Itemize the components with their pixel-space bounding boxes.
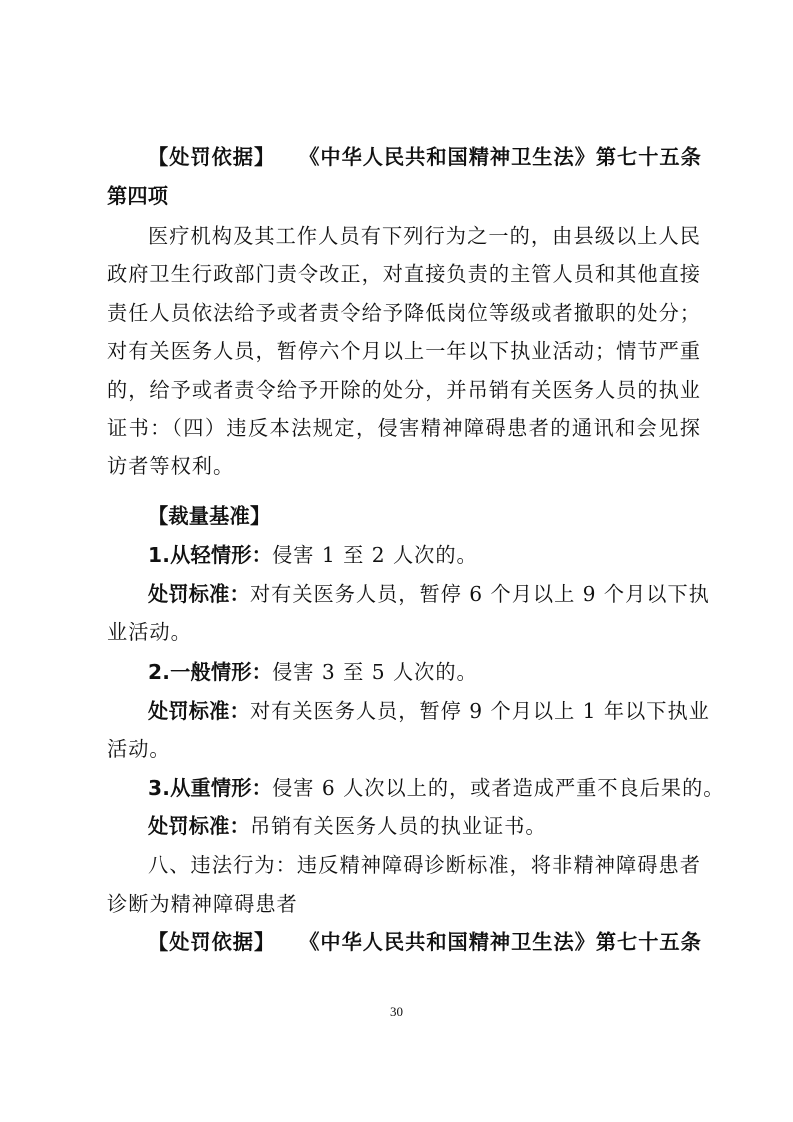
basis-label: 【处罚依据】 [148, 930, 275, 954]
penalty-basis-heading: 【处罚依据】 《中华人民共和国精神卫生法》第七十五条 [148, 145, 701, 169]
body-line: 对有关医务人员，暂停六个月以上一年以下执业活动；情节严重 [107, 339, 701, 363]
basis-continuation: 第四项 [107, 184, 701, 208]
level-text: 侵害 6 人次以上的，或者造成严重不良后果的。 [272, 776, 724, 800]
violation-heading: 八、违法行为：违反精神障碍诊断标准，将非精神障碍患者 [148, 853, 701, 877]
body-line: 证书：（四）违反本法规定，侵害精神障碍患者的通讯和会见探 [107, 416, 701, 440]
penalty-label: 处罚标准： [148, 582, 250, 606]
penalty-standard-light: 处罚标准：对有关医务人员，暂停 6 个月以上 9 个月以下执 [148, 582, 701, 606]
level-light: 1.从轻情形：侵害 1 至 2 人次的。 [148, 543, 701, 567]
body-line: 医疗机构及其工作人员有下列行为之一的，由县级以上人民 [148, 224, 701, 248]
level-label: 1.从轻情形： [148, 543, 272, 567]
level-label: 3.从重情形： [148, 776, 272, 800]
penalty-label: 处罚标准： [148, 814, 250, 838]
level-text: 侵害 3 至 5 人次的。 [272, 660, 478, 684]
penalty-basis-heading-2: 【处罚依据】 《中华人民共和国精神卫生法》第七十五条 [148, 930, 701, 954]
body-line: 的，给予或者责令给予开除的处分，并吊销有关医务人员的执业 [107, 378, 701, 402]
violation-continuation: 诊断为精神障碍患者 [107, 892, 701, 916]
penalty-continuation: 业活动。 [107, 620, 701, 644]
penalty-text: 对有关医务人员，暂停 6 个月以上 9 个月以下执 [250, 582, 710, 606]
penalty-label: 处罚标准： [148, 699, 250, 723]
discretion-heading: 【裁量基准】 [148, 504, 701, 528]
body-line: 政府卫生行政部门责令改正，对直接负责的主管人员和其他直接 [107, 262, 701, 286]
basis-law-reference: 《中华人民共和国精神卫生法》第七十五条 [299, 930, 701, 954]
body-line: 访者等权利。 [107, 454, 701, 478]
document-page: 【处罚依据】 《中华人民共和国精神卫生法》第七十五条 第四项 医疗机构及其工作人… [0, 0, 793, 1122]
level-label: 2.一般情形： [148, 660, 272, 684]
level-heavy: 3.从重情形：侵害 6 人次以上的，或者造成严重不良后果的。 [148, 776, 701, 800]
penalty-standard-normal: 处罚标准：对有关医务人员，暂停 9 个月以上 1 年以下执业 [148, 699, 701, 723]
basis-law-reference: 《中华人民共和国精神卫生法》第七十五条 [299, 145, 701, 169]
level-text: 侵害 1 至 2 人次的。 [272, 543, 478, 567]
level-normal: 2.一般情形：侵害 3 至 5 人次的。 [148, 660, 701, 684]
penalty-text: 对有关医务人员，暂停 9 个月以上 1 年以下执业 [250, 699, 710, 723]
penalty-standard-heavy: 处罚标准：吊销有关医务人员的执业证书。 [148, 814, 701, 838]
penalty-text: 吊销有关医务人员的执业证书。 [250, 814, 547, 838]
penalty-continuation: 活动。 [107, 737, 701, 761]
body-line: 责任人员依法给予或者责令给予降低岗位等级或者撤职的处分； [107, 301, 701, 325]
page-number: 30 [0, 1004, 793, 1020]
basis-label: 【处罚依据】 [148, 145, 275, 169]
